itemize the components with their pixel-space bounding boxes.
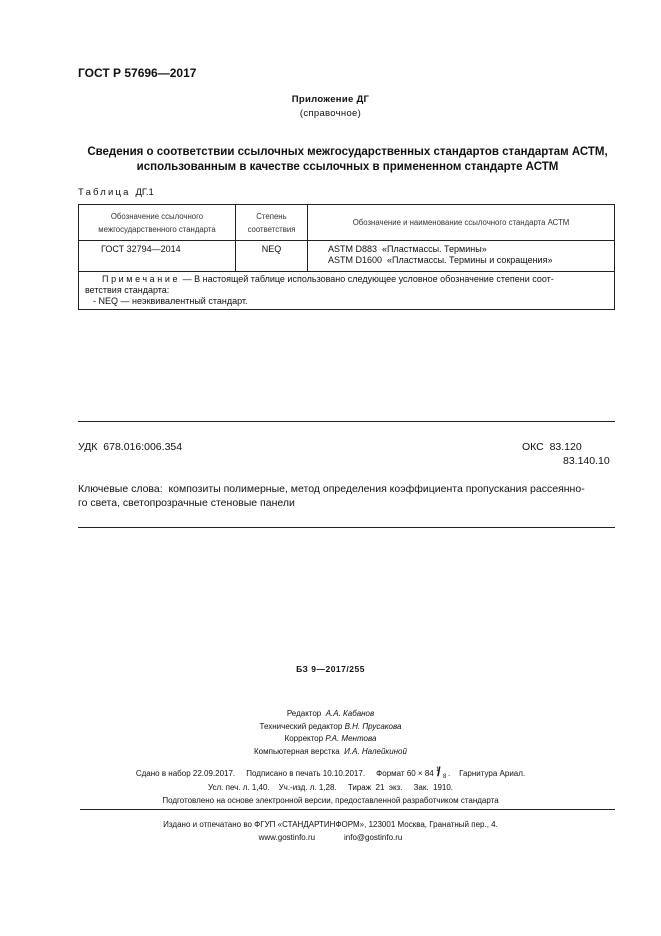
imprint-contacts: www.gostinfo.ru info@gostinfo.ru (0, 831, 661, 844)
divider-imprint (80, 809, 615, 810)
website-link[interactable]: www.gostinfo.ru (259, 833, 315, 842)
keywords: Ключевые слова: композиты полимерные, ме… (78, 482, 623, 510)
heading-line-2: использованным в качестве ссылочных в пр… (60, 160, 635, 175)
table-note-row: Примечание — В настоящей таблице использ… (79, 272, 615, 310)
oks-code: ОКС 83.120 (522, 441, 582, 453)
table-row: ГОСТ 32794—2014 NEQ ASTM D883 «Пластмасс… (79, 241, 615, 272)
column-header-standard: Обозначение ссылочного межгосударственно… (79, 205, 236, 241)
note-item: - NEQ — неэквивалентный стандарт. (85, 296, 608, 307)
divider-bottom (78, 527, 615, 528)
document-code: ГОСТ Р 57696—2017 (78, 66, 196, 80)
note-label: Примечание (102, 274, 180, 284)
note-text-cont: ветствия стандарта: (85, 285, 608, 296)
credit-editor: Редактор А.А. Кабанов (0, 708, 661, 721)
keywords-line-1: Ключевые слова: композиты полимерные, ме… (78, 482, 623, 496)
table-caption-word: Таблица (78, 187, 131, 198)
heading-line-1: Сведения о соответствии ссылочных межгос… (60, 145, 635, 160)
astm-ref-2: ASTM D1600 «Пластмассы. Термины и сокращ… (328, 255, 608, 266)
cell-degree: NEQ (236, 241, 308, 272)
table-caption-number: ДГ.1 (136, 187, 154, 198)
cell-astm: ASTM D883 «Пластмассы. Термины» ASTM D16… (308, 241, 615, 272)
table-caption: Таблица ДГ.1 (78, 187, 154, 198)
credit-tech-editor: Технический редактор В.Н. Прусакова (0, 721, 661, 734)
appendix-title: Приложение ДГ (0, 94, 661, 105)
table-header-row: Обозначение ссылочного межгосударственно… (79, 205, 615, 241)
bz-number: БЗ 9—2017/255 (0, 664, 661, 674)
credits: Редактор А.А. Кабанов Технический редакт… (0, 708, 661, 758)
column-header-degree: Степень соответствия (236, 205, 308, 241)
divider-top (78, 421, 615, 422)
email-link[interactable]: info@gostinfo.ru (344, 833, 402, 842)
section-heading: Сведения о соответствии ссылочных межгос… (60, 145, 635, 175)
imprint-prepared: Подготовлено на основе электронной верси… (0, 794, 661, 807)
note-text: — В настоящей таблице использовано следу… (180, 274, 554, 284)
credit-layout: Компьютерная верстка И.А. Налейкиной (0, 746, 661, 759)
table-note: Примечание — В настоящей таблице использ… (79, 272, 615, 310)
fraction: 1/8 (436, 767, 448, 779)
imprint-publisher: Издано и отпечатано во ФГУП «СТАНДАРТИНФ… (0, 818, 661, 831)
oks-code-second: 83.140.10 (563, 455, 610, 467)
credit-corrector: Корректор Р.А. Ментова (0, 733, 661, 746)
appendix-subtitle: (справочное) (0, 108, 661, 119)
astm-ref-1: ASTM D883 «Пластмассы. Термины» (328, 244, 608, 255)
udk-code: УДК 678.016:006.354 (78, 441, 182, 453)
column-header-astm: Обозначение и наименование ссылочного ст… (308, 205, 615, 241)
reference-table: Обозначение ссылочного межгосударственно… (78, 204, 615, 310)
imprint-line-1: Сдано в набор 22.09.2017. Подписано в пе… (0, 767, 661, 780)
cell-standard: ГОСТ 32794—2014 (79, 241, 236, 272)
keywords-line-2: го света, светопрозрачные стеновые панел… (78, 496, 623, 510)
imprint-line-2: Усл. печ. л. 1,40. Уч.-изд. л. 1,28. Тир… (0, 781, 661, 794)
